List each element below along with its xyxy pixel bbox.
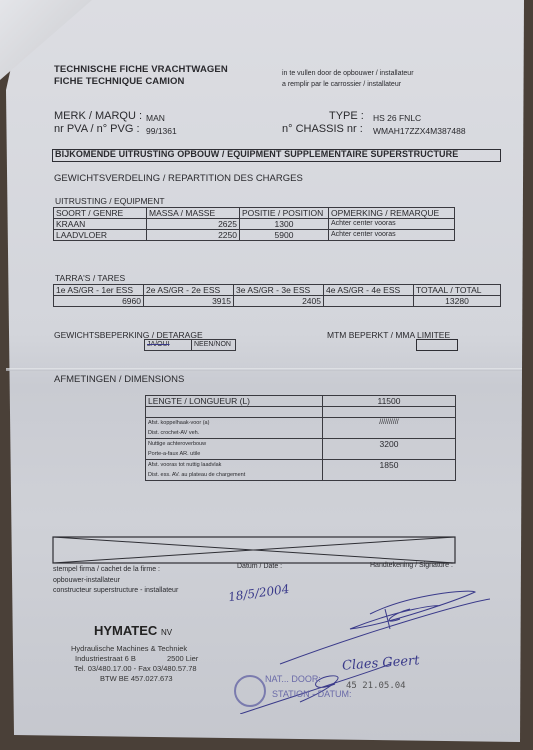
- equipment-section-title: BIJKOMENDE UITRUSTING OPBOUW / EQUIPMENT…: [55, 149, 458, 159]
- no-option: NEEN/NON: [192, 340, 236, 351]
- table-cell: 1300: [240, 219, 329, 230]
- table-cell: Achter center vooras: [329, 230, 455, 241]
- official-stamp-code: 45 21.05.04: [346, 681, 406, 691]
- table-header-cell: 3e AS/GR - 3e ESS: [234, 285, 324, 296]
- dim-label-fr: Porte-a-faux AR. utile: [148, 449, 320, 459]
- official-stamp-seal: [234, 675, 266, 707]
- dim-label-nl: Afst. koppelhaak-voor (a): [148, 418, 320, 428]
- table-header-cell: 2e AS/GR - 2e ESS: [144, 285, 234, 296]
- table-cell: Achter center vooras: [329, 219, 455, 230]
- company-vat: BTW BE 457.027.673: [100, 674, 173, 683]
- tares-table: 1e AS/GR - 1er ESS 2e AS/GR - 2e ESS 3e …: [53, 284, 501, 307]
- pva-label: nr PVA / n° PVG :: [54, 123, 140, 135]
- table-cell: KRAAN: [54, 219, 147, 230]
- dimensions-table: LENGTE / LONGUEUR (L) 11500 Afst. koppel…: [145, 395, 456, 481]
- table-row: KRAAN 2625 1300 Achter center vooras: [54, 219, 455, 230]
- table-cell: 5900: [240, 230, 329, 241]
- official-stamp-line1: NAT... DOOR:: [265, 674, 321, 684]
- table-row: [146, 407, 456, 418]
- length-value: 11500: [323, 396, 456, 407]
- company-name: HYMATEC NV: [94, 623, 172, 638]
- title-fr: FICHE TECHNIQUE CAMION: [54, 76, 184, 87]
- table-cell: 13280: [414, 296, 501, 307]
- chassis-label: n° CHASSIS nr :: [282, 123, 363, 135]
- note-nl: in te vullen door de opbouwer / installa…: [282, 70, 414, 77]
- type-label: TYPE :: [329, 110, 364, 122]
- company-line1: Hydraulische Machines & Techniek: [71, 644, 187, 653]
- official-stamp-line2: STATION - DATUM:: [272, 689, 352, 699]
- table-row: 6960 3915 2405 13280: [54, 296, 501, 307]
- company-street: Industriestraat 6 B: [75, 654, 136, 663]
- paper-fold-crease: [6, 368, 522, 371]
- dimensions-title: AFMETINGEN / DIMENSIONS: [54, 374, 184, 385]
- table-header-cell: OPMERKING / REMARQUE: [329, 208, 455, 219]
- table-cell: 2625: [147, 219, 240, 230]
- table-row: Afst. vooras tot nuttig laadvlakDist. es…: [146, 460, 456, 481]
- pva-value: 99/1361: [146, 126, 177, 136]
- stamp-line3: constructeur superstructure - installate…: [53, 587, 178, 594]
- table-row: Afst. koppelhaak-voor (a)Dist. crochet-A…: [146, 418, 456, 439]
- dim-label-nl: Nuttige achteroverbouw: [148, 439, 320, 449]
- dim-label-fr: Dist. ess. AV. au plateau de chargement: [148, 470, 320, 480]
- table-cell: [324, 296, 414, 307]
- dim-label-fr: Dist. crochet-AV veh.: [148, 428, 320, 438]
- table-header-row: SOORT / GENRE MASSA / MASSE POSITIE / PO…: [54, 208, 455, 219]
- table-header-cell: 1e AS/GR - 1er ESS: [54, 285, 144, 296]
- type-value: HS 26 FNLC: [373, 113, 421, 123]
- table-header-cell: MASSA / MASSE: [147, 208, 240, 219]
- length-label: LENGTE / LONGUEUR (L): [146, 396, 323, 407]
- merk-value: MAN: [146, 113, 165, 123]
- detarage-choice: JA/OUI NEEN/NON: [144, 339, 236, 351]
- table-cell: 2250: [147, 230, 240, 241]
- stamp-line2: opbouwer-installateur: [53, 577, 120, 584]
- table-header-row: 1e AS/GR - 1er ESS 2e AS/GR - 2e ESS 3e …: [54, 285, 501, 296]
- table-row: LAADVLOER 2250 5900 Achter center vooras: [54, 230, 455, 241]
- merk-label: MERK / MARQU :: [54, 110, 142, 122]
- table-header-cell: 4e AS/GR - 4e ESS: [324, 285, 414, 296]
- chassis-value: WMAH17ZZX4M387488: [373, 126, 466, 136]
- weight-distribution-title: GEWICHTSVERDELING / REPARTITION DES CHAR…: [54, 173, 303, 184]
- tares-table-caption: TARRA'S / TARES: [55, 273, 125, 283]
- table-cell: 6960: [54, 296, 144, 307]
- table-header-cell: SOORT / GENRE: [54, 208, 147, 219]
- yes-option: JA/OUI: [145, 340, 192, 351]
- table-cell: 2405: [234, 296, 324, 307]
- table-row: LENGTE / LONGUEUR (L) 11500: [146, 396, 456, 407]
- company-city: 2500 Lier: [167, 654, 198, 663]
- signature-label: Handtekening / Signature :: [370, 562, 453, 569]
- title-nl: TECHNISCHE FICHE VRACHTWAGEN: [54, 64, 228, 75]
- table-row: Nuttige achteroverbouwPorte-a-faux AR. u…: [146, 439, 456, 460]
- table-cell: 3915: [144, 296, 234, 307]
- date-label: Datum / Date :: [237, 563, 282, 570]
- table-header-cell: TOTAAL / TOTAL: [414, 285, 501, 296]
- dim-label-nl: Afst. vooras tot nuttig laadvlak: [148, 460, 320, 470]
- table-header-cell: POSITIE / POSITION: [240, 208, 329, 219]
- dim-value: 3200: [323, 439, 456, 460]
- equipment-table: SOORT / GENRE MASSA / MASSE POSITIE / PO…: [53, 207, 455, 241]
- table-cell: LAADVLOER: [54, 230, 147, 241]
- dim-value: 1850: [323, 460, 456, 481]
- note-fr: a remplir par le carrossier / installate…: [282, 81, 401, 88]
- dim-value: //////////: [323, 418, 456, 439]
- company-phone: Tel. 03/480.17.00 - Fax 03/480.57.78: [74, 664, 197, 673]
- equipment-table-caption: UITRUSTING / EQUIPMENT: [55, 196, 165, 206]
- stamp-label: stempel firma / cachet de la firme :: [53, 566, 160, 573]
- mma-value-box: [416, 339, 458, 351]
